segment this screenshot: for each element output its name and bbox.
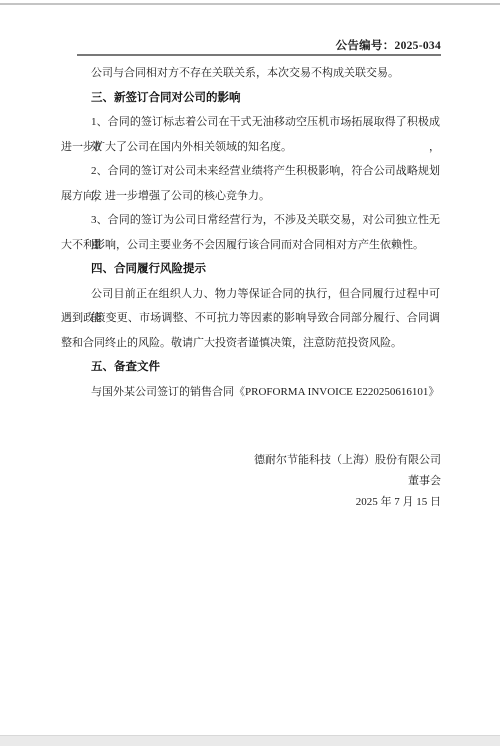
para-impact-item3-line2: 大不利影响，公司主要业务不会因履行该合同而对合同相对方产生依赖性。: [61, 233, 440, 258]
notice-number: 公告编号：2025-034: [336, 37, 441, 53]
para-impact-item2-line2: 展方向，进一步增强了公司的核心竞争力。: [61, 184, 440, 209]
announcement-page: 公告编号：2025-034 公司与合同相对方不存在关联关系，本次交易不构成关联交…: [0, 0, 500, 746]
signature-block: 德耐尔节能科技（上海）股份有限公司 董事会 2025 年 7 月 15 日: [254, 450, 441, 513]
para-risk-line3: 整和合同终止的风险。敬请广大投资者谨慎决策，注意防范投资风险。: [61, 331, 440, 356]
page-top-edge: [0, 3, 500, 5]
signature-board-of-directors: 董事会: [254, 471, 441, 492]
para-risk-line2: 遇到政策变更、市场调整、不可抗力等因素的影响导致合同部分履行、合同调: [61, 306, 440, 331]
header-divider: [77, 54, 441, 56]
signature-company-name: 德耐尔节能科技（上海）股份有限公司: [254, 450, 441, 471]
para-impact-item3-line1: 3、合同的签订为公司日常经营行为，不涉及关联交易，对公司独立性无重: [61, 208, 440, 233]
section-heading-5-reference-documents: 五、备查文件: [61, 355, 440, 380]
para-risk-line1: 公司目前正在组织人力、物力等保证合同的执行，但合同履行过程中可能: [61, 282, 440, 307]
para-impact-item2-line1: 2、合同的签订对公司未来经营业绩将产生积极影响，符合公司战略规划发: [61, 159, 440, 184]
section-heading-4-risk-notice: 四、合同履行风险提示: [61, 257, 440, 282]
para-reference-document: 与国外某公司签订的销售合同《PROFORMA INVOICE E22025061…: [61, 380, 440, 405]
document-body: 公司与合同相对方不存在关联关系，本次交易不构成关联交易。 三、新签订合同对公司的…: [61, 61, 440, 404]
section-heading-3-contract-impact: 三、新签订合同对公司的影响: [61, 86, 440, 111]
signature-date: 2025 年 7 月 15 日: [254, 492, 441, 513]
page-bottom-edge: [0, 735, 500, 746]
para-related-party-statement: 公司与合同相对方不存在关联关系，本次交易不构成关联交易。: [61, 61, 440, 86]
para-impact-item1-line1: 1、合同的签订标志着公司在干式无油移动空压机市场拓展取得了积极成效，: [61, 110, 440, 135]
